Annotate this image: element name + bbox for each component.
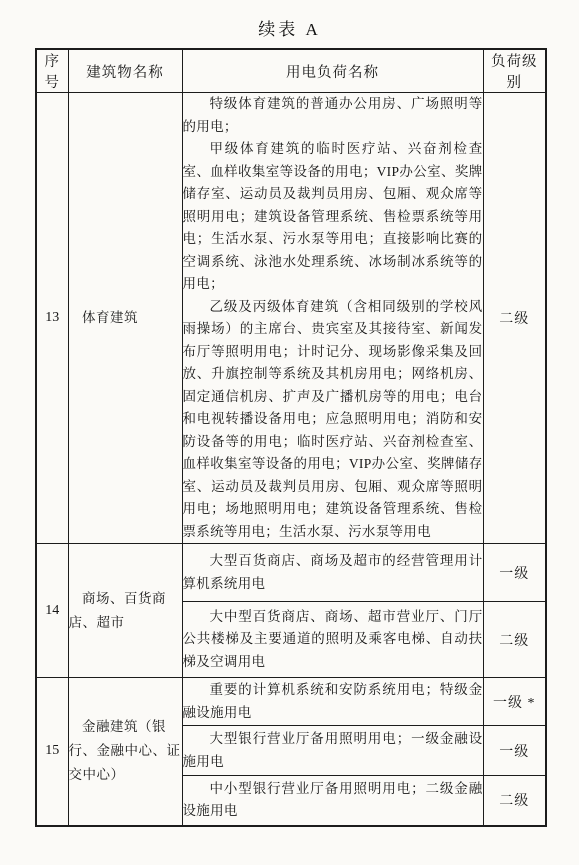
load-desc-cell: 重要的计算机系统和安防系统用电；特级金融设施用电: [182, 678, 483, 726]
building-name: 体育建筑: [69, 306, 182, 330]
load-paragraph: 中小型银行营业厅备用照明用电；二级金融设施用电: [183, 778, 483, 823]
load-paragraph: 甲级体育建筑的临时医疗站、兴奋剂检查室、血样收集室等设备的用电；VIP办公室、奖…: [183, 138, 483, 296]
col-header-building: 建筑物名称: [68, 49, 182, 93]
load-desc-cell: 特级体育建筑的普通办公用房、广场照明等的用电； 甲级体育建筑的临时医疗站、兴奋剂…: [182, 93, 483, 544]
load-desc-cell: 中小型银行营业厅备用照明用电；二级金融设施用电: [182, 776, 483, 826]
building-name: 金融建筑（银行、金融中心、证交中心）: [69, 715, 182, 787]
row-no: 15: [36, 678, 68, 826]
load-level: 一级: [483, 544, 546, 602]
load-desc-cell: 大型银行营业厅备用照明用电；一级金融设施用电: [182, 726, 483, 776]
col-header-load: 用电负荷名称: [182, 49, 483, 93]
building-name-cell: 金融建筑（银行、金融中心、证交中心）: [68, 678, 182, 826]
table-row-13: 13 体育建筑 特级体育建筑的普通办公用房、广场照明等的用电； 甲级体育建筑的临…: [36, 93, 546, 544]
table-row-14-sub-1: 14 商场、百货商店、超市 大型百货商店、商场及超市的经营管理用计算机系统用电 …: [36, 544, 546, 602]
row-no: 13: [36, 93, 68, 544]
document-page: 续表 A 序号 建筑物名称 用电负荷名称 负荷级别 13 体育建筑: [0, 0, 579, 865]
load-paragraph: 大型百货商店、商场及超市的经营管理用计算机系统用电: [183, 550, 483, 595]
load-level: 一级: [483, 726, 546, 776]
col-header-level: 负荷级别: [483, 49, 546, 93]
load-paragraph: 乙级及丙级体育建筑（含相同级别的学校风雨操场）的主席台、贵宾室及其接待室、新闻发…: [183, 296, 483, 544]
table-title: 续表 A: [0, 15, 579, 40]
building-name-cell: 体育建筑: [68, 93, 182, 544]
load-paragraph: 重要的计算机系统和安防系统用电；特级金融设施用电: [183, 679, 483, 724]
load-desc-cell: 大中型百货商店、商场、超市营业厅、门厅公共楼梯及主要通道的照明及乘客电梯、自动扶…: [182, 602, 483, 678]
table-row-15-sub-1: 15 金融建筑（银行、金融中心、证交中心） 重要的计算机系统和安防系统用电；特级…: [36, 678, 546, 726]
load-level: 二级: [483, 602, 546, 678]
building-name: 商场、百货商店、超市: [69, 587, 182, 635]
load-paragraph: 大型银行营业厅备用照明用电；一级金融设施用电: [183, 728, 483, 773]
load-paragraph: 大中型百货商店、商场、超市营业厅、门厅公共楼梯及主要通道的照明及乘客电梯、自动扶…: [183, 606, 483, 674]
load-classification-table: 序号 建筑物名称 用电负荷名称 负荷级别 13 体育建筑 特级体育建筑的普通办公…: [35, 48, 547, 827]
table-header-row: 序号 建筑物名称 用电负荷名称 负荷级别: [36, 49, 546, 93]
row-no: 14: [36, 544, 68, 678]
load-paragraph: 特级体育建筑的普通办公用房、广场照明等的用电；: [183, 93, 483, 138]
load-level: 一级 *: [483, 678, 546, 726]
load-level: 二级: [483, 776, 546, 826]
load-desc-cell: 大型百货商店、商场及超市的经营管理用计算机系统用电: [182, 544, 483, 602]
load-level: 二级: [483, 93, 546, 544]
building-name-cell: 商场、百货商店、超市: [68, 544, 182, 678]
col-header-no: 序号: [36, 49, 68, 93]
